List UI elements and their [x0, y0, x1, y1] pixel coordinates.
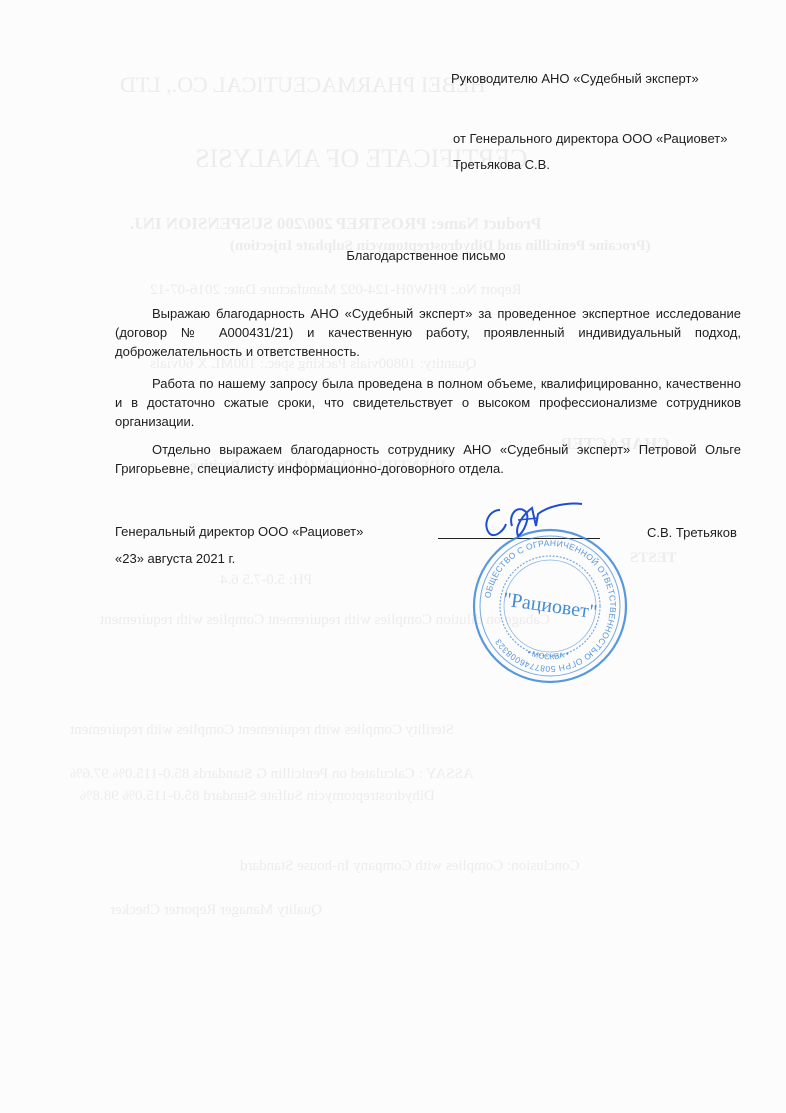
paragraph-employee-thanks: Отдельно выражаем благодарность сотрудни… [115, 440, 741, 478]
addressee: Руководителю АНО «Судебный эксперт» [451, 71, 699, 87]
show-through-line: Product Name: PROSTREP 200/200 SUSPENSIO… [130, 214, 542, 234]
show-through-line: ASSAY : Calculated on Penicillin G Stand… [70, 766, 474, 783]
show-through-line: Sterility Complies with requirement Comp… [70, 722, 454, 739]
show-through-line: PH: 5.0-7.5 6.4 [220, 572, 312, 589]
handwritten-signature-icon [478, 496, 588, 540]
paragraph-gratitude: Выражаю благодарность АНО «Судебный эксп… [115, 304, 741, 361]
document-page: HEBEI PHARMACEUTICAL CO., LTD CERTIFICAT… [0, 0, 786, 1113]
show-through-line: Report No.: PHW0H-124-092 Manufacture Da… [150, 282, 522, 299]
show-through-line: HEBEI PHARMACEUTICAL CO., LTD [120, 72, 486, 98]
signatory-date: «23» августа 2021 г. [115, 551, 235, 567]
show-through-line: Dihydrostreptomycin Sulfate Standard 85.… [80, 788, 435, 805]
signatory-position: Генеральный директор ООО «Рациовет» [115, 524, 363, 540]
sender-position: от Генерального директора ООО «Рациовет» [453, 131, 727, 147]
document-title: Благодарственное письмо [0, 248, 786, 263]
show-through-line: Quality Manager Reporter Checker [110, 902, 322, 919]
company-stamp-icon: ОБЩЕСТВО С ОГРАНИЧЕННОЙ ОТВЕТСТВЕННОСТЬЮ… [470, 526, 630, 686]
sender-name: Третьякова С.В. [453, 157, 550, 173]
show-through-line: TESTS [630, 550, 677, 567]
show-through-line: Conclusion: Complies with Company In-hou… [240, 858, 580, 875]
paragraph-work-quality: Работа по нашему запросу была проведена … [115, 374, 741, 431]
signatory-name: С.В. Третьяков [647, 525, 737, 541]
svg-text:"Рациовет": "Рациовет" [502, 589, 599, 624]
